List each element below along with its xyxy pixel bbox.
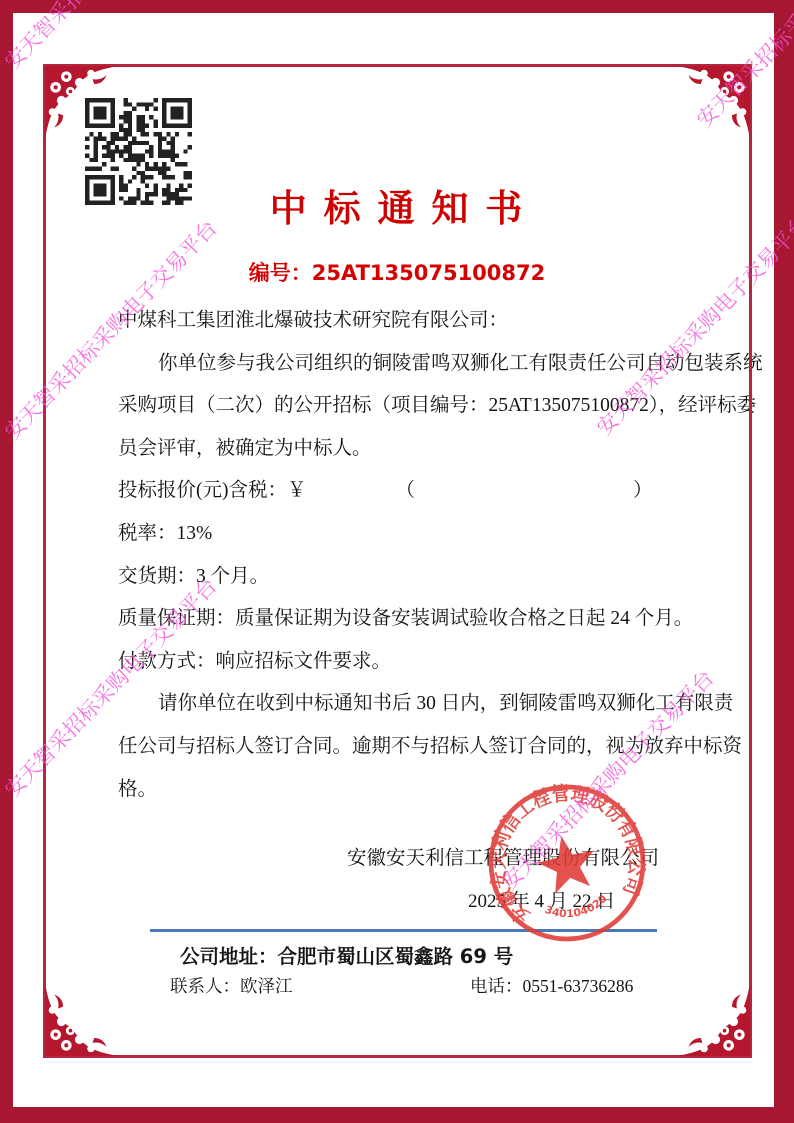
contract-paragraph-line: 请你单位在收到中标通知书后 30 日内，到铜陵雷鸣双狮化工有限责: [118, 683, 684, 726]
bid-price-line: 投标报价(元)含税：￥（）: [118, 470, 684, 513]
doc-number: 编号：25AT135075100872: [0, 257, 794, 287]
notice-body: 中煤科工集团淮北爆破技术研究院有限公司： 你单位参与我公司组织的铜陵雷鸣双狮化工…: [118, 300, 684, 811]
footer-contact: 联系人：欧泽江: [170, 973, 293, 998]
official-seal: 安徽安天利信工程管理股份有限公司 3401040203925: [454, 750, 679, 975]
watermark-text: 安天智采招标采购电子交易平台: [0, 0, 223, 75]
payment-line: 付款方式：响应招标文件要求。: [118, 641, 684, 684]
award-paragraph-line: 你单位参与我公司组织的铜陵雷鸣双狮化工有限责任公司自动包装系统: [118, 343, 684, 386]
bid-price-label: 投标报价(元)含税：￥: [118, 480, 307, 501]
recipient-line: 中煤科工集团淮北爆破技术研究院有限公司：: [118, 300, 684, 343]
corner-ornament-bottom-left: [45, 974, 127, 1056]
watermark-text: 安天智采招标采购电子交易平台: [689, 0, 794, 133]
award-notice-page: 安天智采招标采购电子交易平台 安天智采招标采购电子交易平台 安天智采招标采购电子…: [0, 0, 794, 1123]
footer-phone: 电话：0551-63736286: [470, 973, 633, 998]
corner-ornament-top-right: [668, 66, 750, 148]
award-paragraph-line: 员会评审，被确定为中标人。: [118, 428, 684, 471]
bid-price-paren-close: ）: [633, 480, 653, 501]
page-title: 中 标 通 知 书: [0, 178, 794, 232]
corner-ornament-bottom-right: [668, 974, 750, 1056]
tax-rate-line: 税率：13%: [118, 513, 684, 556]
footer-address: 公司地址：合肥市蜀山区蜀鑫路 69 号: [180, 941, 513, 969]
award-paragraph-line: 采购项目（二次）的公开招标（项目编号：25AT135075100872），经评标…: [118, 385, 684, 428]
warranty-line: 质量保证期：质量保证期为设备安装调试验收合格之日起 24 个月。: [118, 598, 684, 641]
delivery-line: 交货期：3 个月。: [118, 556, 684, 599]
bid-price-paren-open: （: [396, 480, 416, 501]
seal-star: [533, 830, 601, 896]
